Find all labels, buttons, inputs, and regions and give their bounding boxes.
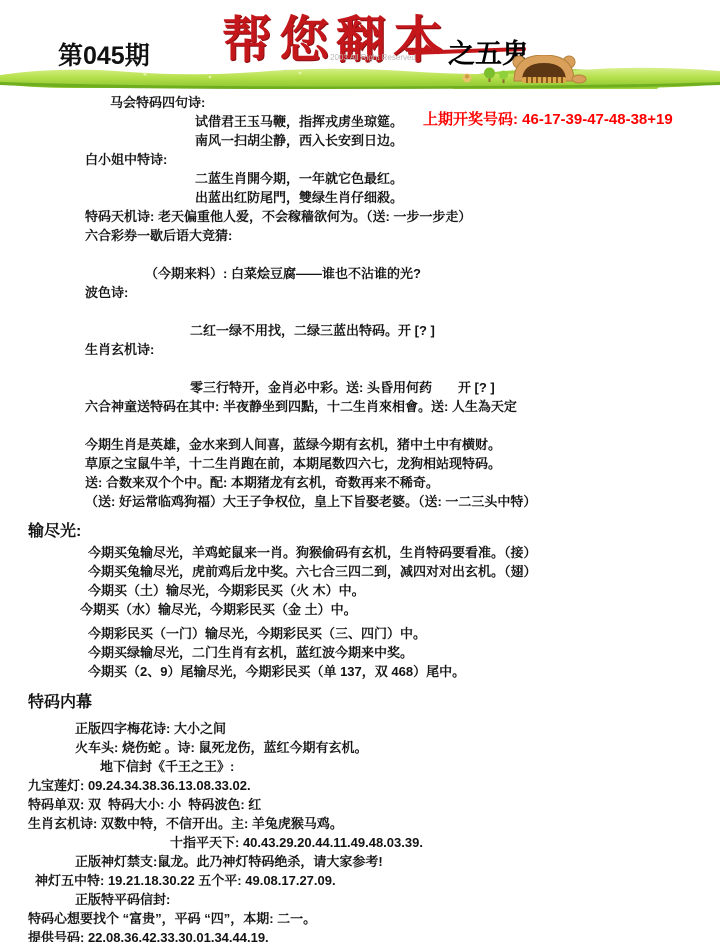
- text-line: 六合神童送特码在其中: 半夜静坐到四點，十二生肖來相會。送: 人生為天定: [85, 397, 720, 416]
- grass-banner: [0, 55, 720, 89]
- text-line: 正版特平码信封:: [75, 890, 720, 909]
- section-header-temaneimu: 特码内幕: [28, 691, 720, 715]
- chick-icon: [463, 74, 472, 83]
- text-line: 马会特码四句诗:: [110, 93, 720, 112]
- text-line: 特码心想要找个 “富贵”，平码 “四”，本期: 二一。: [28, 909, 720, 928]
- text-line: 今期买绿输尽光，二门生肖有玄机，蓝红波今期来中奖。: [88, 643, 720, 662]
- text-line: （送: 好运常临鸡狗福）大王子争权位，皇上下旨娶老婆。（送: 一二三头中特）: [85, 492, 720, 511]
- text-line: 特码天机诗: 老天偏重他人爱，不会稼穑欲何为。（送: 一步一步走）: [85, 207, 720, 226]
- text-line: 今期买兔输尽光，虎前鸡后龙中奖。六七合三四二到，减四对对出玄机。（翅）: [88, 562, 720, 581]
- text-line: 今期买（土）输尽光，今期彩民买（火 木）中。: [88, 581, 720, 600]
- tips-content: 马会特码四句诗: 试借君王玉马鞭，指挥戎虏坐琼筵。 南风一扫胡尘静，西入长安到日…: [0, 93, 720, 942]
- text-line: 今期买（2、9）尾输尽光，今期彩民买（单 137，双 468）尾中。: [88, 662, 720, 681]
- grass-strip-icon: [0, 68, 720, 89]
- number-line: 十指平天下: 40.43.29.20.44.11.49.48.03.39.: [170, 833, 720, 852]
- text-line: 特码单双: 双 特码大小: 小 特码波色: 红: [28, 795, 720, 814]
- text-line: 六合彩券一歇后语大竞猜:: [85, 226, 720, 245]
- text-line: 送: 合数来双个个中。配: 本期猪龙有玄机，奇数再来不稀奇。: [85, 473, 720, 492]
- text-line: 火车头: 烧伤蛇 。诗: 鼠死龙伤，蓝红今期有玄机。: [75, 738, 720, 757]
- poem-line: 零三行特开，金肖必中彩。送: 头昏用何药 开 [? ]: [190, 378, 720, 397]
- text-line: 草原之宝鼠牛羊，十二生肖跑在前，本期尾数四六七，龙狗相站现特码。: [85, 454, 720, 473]
- page-header: 第045期 帮您翻本 之五鬼 2003 All Right Reserved 粤…: [0, 0, 720, 93]
- text-line: 生肖玄机诗:: [85, 340, 720, 359]
- bear-icon: [513, 55, 586, 83]
- text-line: 正版四字梅花诗: 大小之间: [75, 719, 720, 738]
- text-line: 今期生肖是英雄，金水来到人间喜，蓝绿今期有玄机，猪中土中有横财。: [85, 435, 720, 454]
- number-line: 提供号码: 22.08.36.42.33.30.01.34.44.19.: [28, 928, 720, 942]
- tipsheet-page: 第045期 帮您翻本 之五鬼 2003 All Right Reserved 粤…: [0, 0, 720, 942]
- text-line: 生肖玄机诗: 双数中特，不信开出。主: 羊兔虎猴马鸡。: [28, 814, 720, 833]
- poem-line: 出蓝出红防尾門，雙绿生肖仔细殺。: [195, 188, 720, 207]
- text-line: 今期彩民买（一门）输尽光，今期彩民买（三、四门）中。: [88, 624, 720, 643]
- text-line: 地下信封《千王之王》:: [100, 757, 720, 776]
- text-line: 正版神灯禁支:鼠龙。此乃神灯特码绝杀，请大家参考!: [75, 852, 720, 871]
- section-header-shujinguang: 输尽光:: [28, 521, 720, 543]
- poem-line: 二蓝生肖開今期，一年就它色最红。: [195, 169, 720, 188]
- text-line: 白小姐中特诗:: [85, 150, 720, 169]
- poem-line: 南风一扫胡尘静，西入长安到日边。: [195, 131, 720, 150]
- poem-line: 试借君王玉马鞭，指挥戎虏坐琼筵。: [195, 112, 720, 131]
- text-line: （今期来料）: 白菜烩豆腐——谁也不沾谁的光?: [145, 264, 720, 283]
- number-line: 九宝莲灯: 09.24.34.38.36.13.08.33.02.: [28, 776, 720, 795]
- number-line: 神灯五中特: 19.21.18.30.22 五个平: 49.08.17.27.0…: [35, 871, 720, 890]
- poem-line: 二红一绿不用找，二绿三蓝出特码。开 [? ]: [190, 321, 720, 340]
- text-line: 波色诗:: [85, 283, 720, 302]
- text-line: 今期买（水）输尽光，今期彩民买（金 土）中。: [80, 600, 720, 619]
- text-line: 今期买兔输尽光，羊鸡蛇鼠来一肖。狗猴偷码有玄机，生肖特码要看准。（接）: [88, 543, 720, 562]
